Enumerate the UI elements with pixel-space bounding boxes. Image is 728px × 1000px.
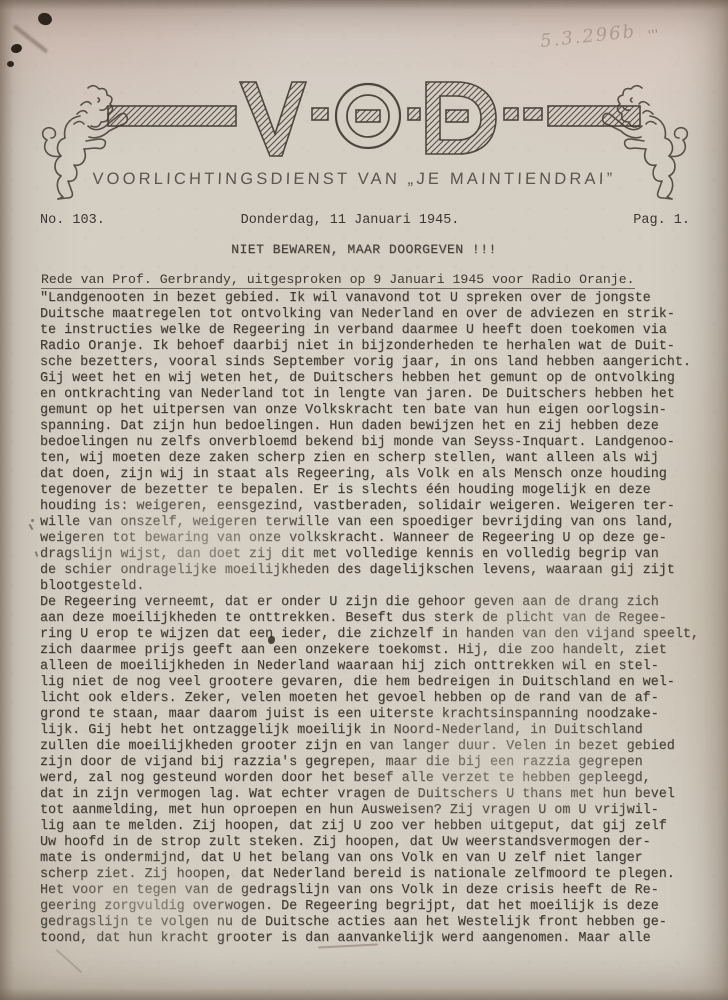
issue-number: No. 103.: [40, 213, 105, 228]
masthead-art: VOORLICHTINGSDIENST VAN „JE MAINTIENDRAI…: [34, 76, 694, 214]
issue-meta-row: No. 103. Donderdag, 11 Januari 1945. Pag…: [40, 213, 690, 228]
page-edge-shadow-left: [0, 0, 14, 1000]
masthead: VOORLICHTINGSDIENST VAN „JE MAINTIENDRAI…: [34, 76, 694, 214]
page-edge-shadow-bottom: [0, 988, 728, 1000]
issue-date: Donderdag, 11 Januari 1945.: [241, 213, 460, 228]
pencil-tick-marks: ''': [647, 27, 660, 43]
headline: NIET BEWAREN, MAAR DOORGEVEN !!!: [0, 242, 728, 257]
masthead-subtitle: VOORLICHTINGSDIENST VAN „JE MAINTIENDRAI…: [92, 170, 615, 188]
lion-right-icon: [603, 86, 688, 199]
scanned-document-page: 5.3.296b ''': [0, 0, 728, 1000]
archive-number-annotation: 5.3.296b: [539, 21, 637, 52]
stray-ink-mark: [35, 551, 39, 556]
page-number: Pag. 1.: [633, 213, 690, 228]
pencil-scratch: [56, 949, 82, 973]
page-edge-shadow-top: [0, 0, 728, 10]
ink-stain: [10, 43, 23, 54]
stray-ink-mark: [31, 519, 34, 522]
vod-logo-icon: [108, 82, 640, 156]
ink-stain: [36, 11, 53, 27]
stray-ink-mark: [29, 524, 34, 530]
body-text: "Landgenooten in bezet gebied. Ik wil va…: [40, 291, 712, 947]
ink-stain: [7, 61, 14, 67]
byline: Rede van Prof. Gerbrandy, uitgesproken o…: [41, 272, 635, 287]
